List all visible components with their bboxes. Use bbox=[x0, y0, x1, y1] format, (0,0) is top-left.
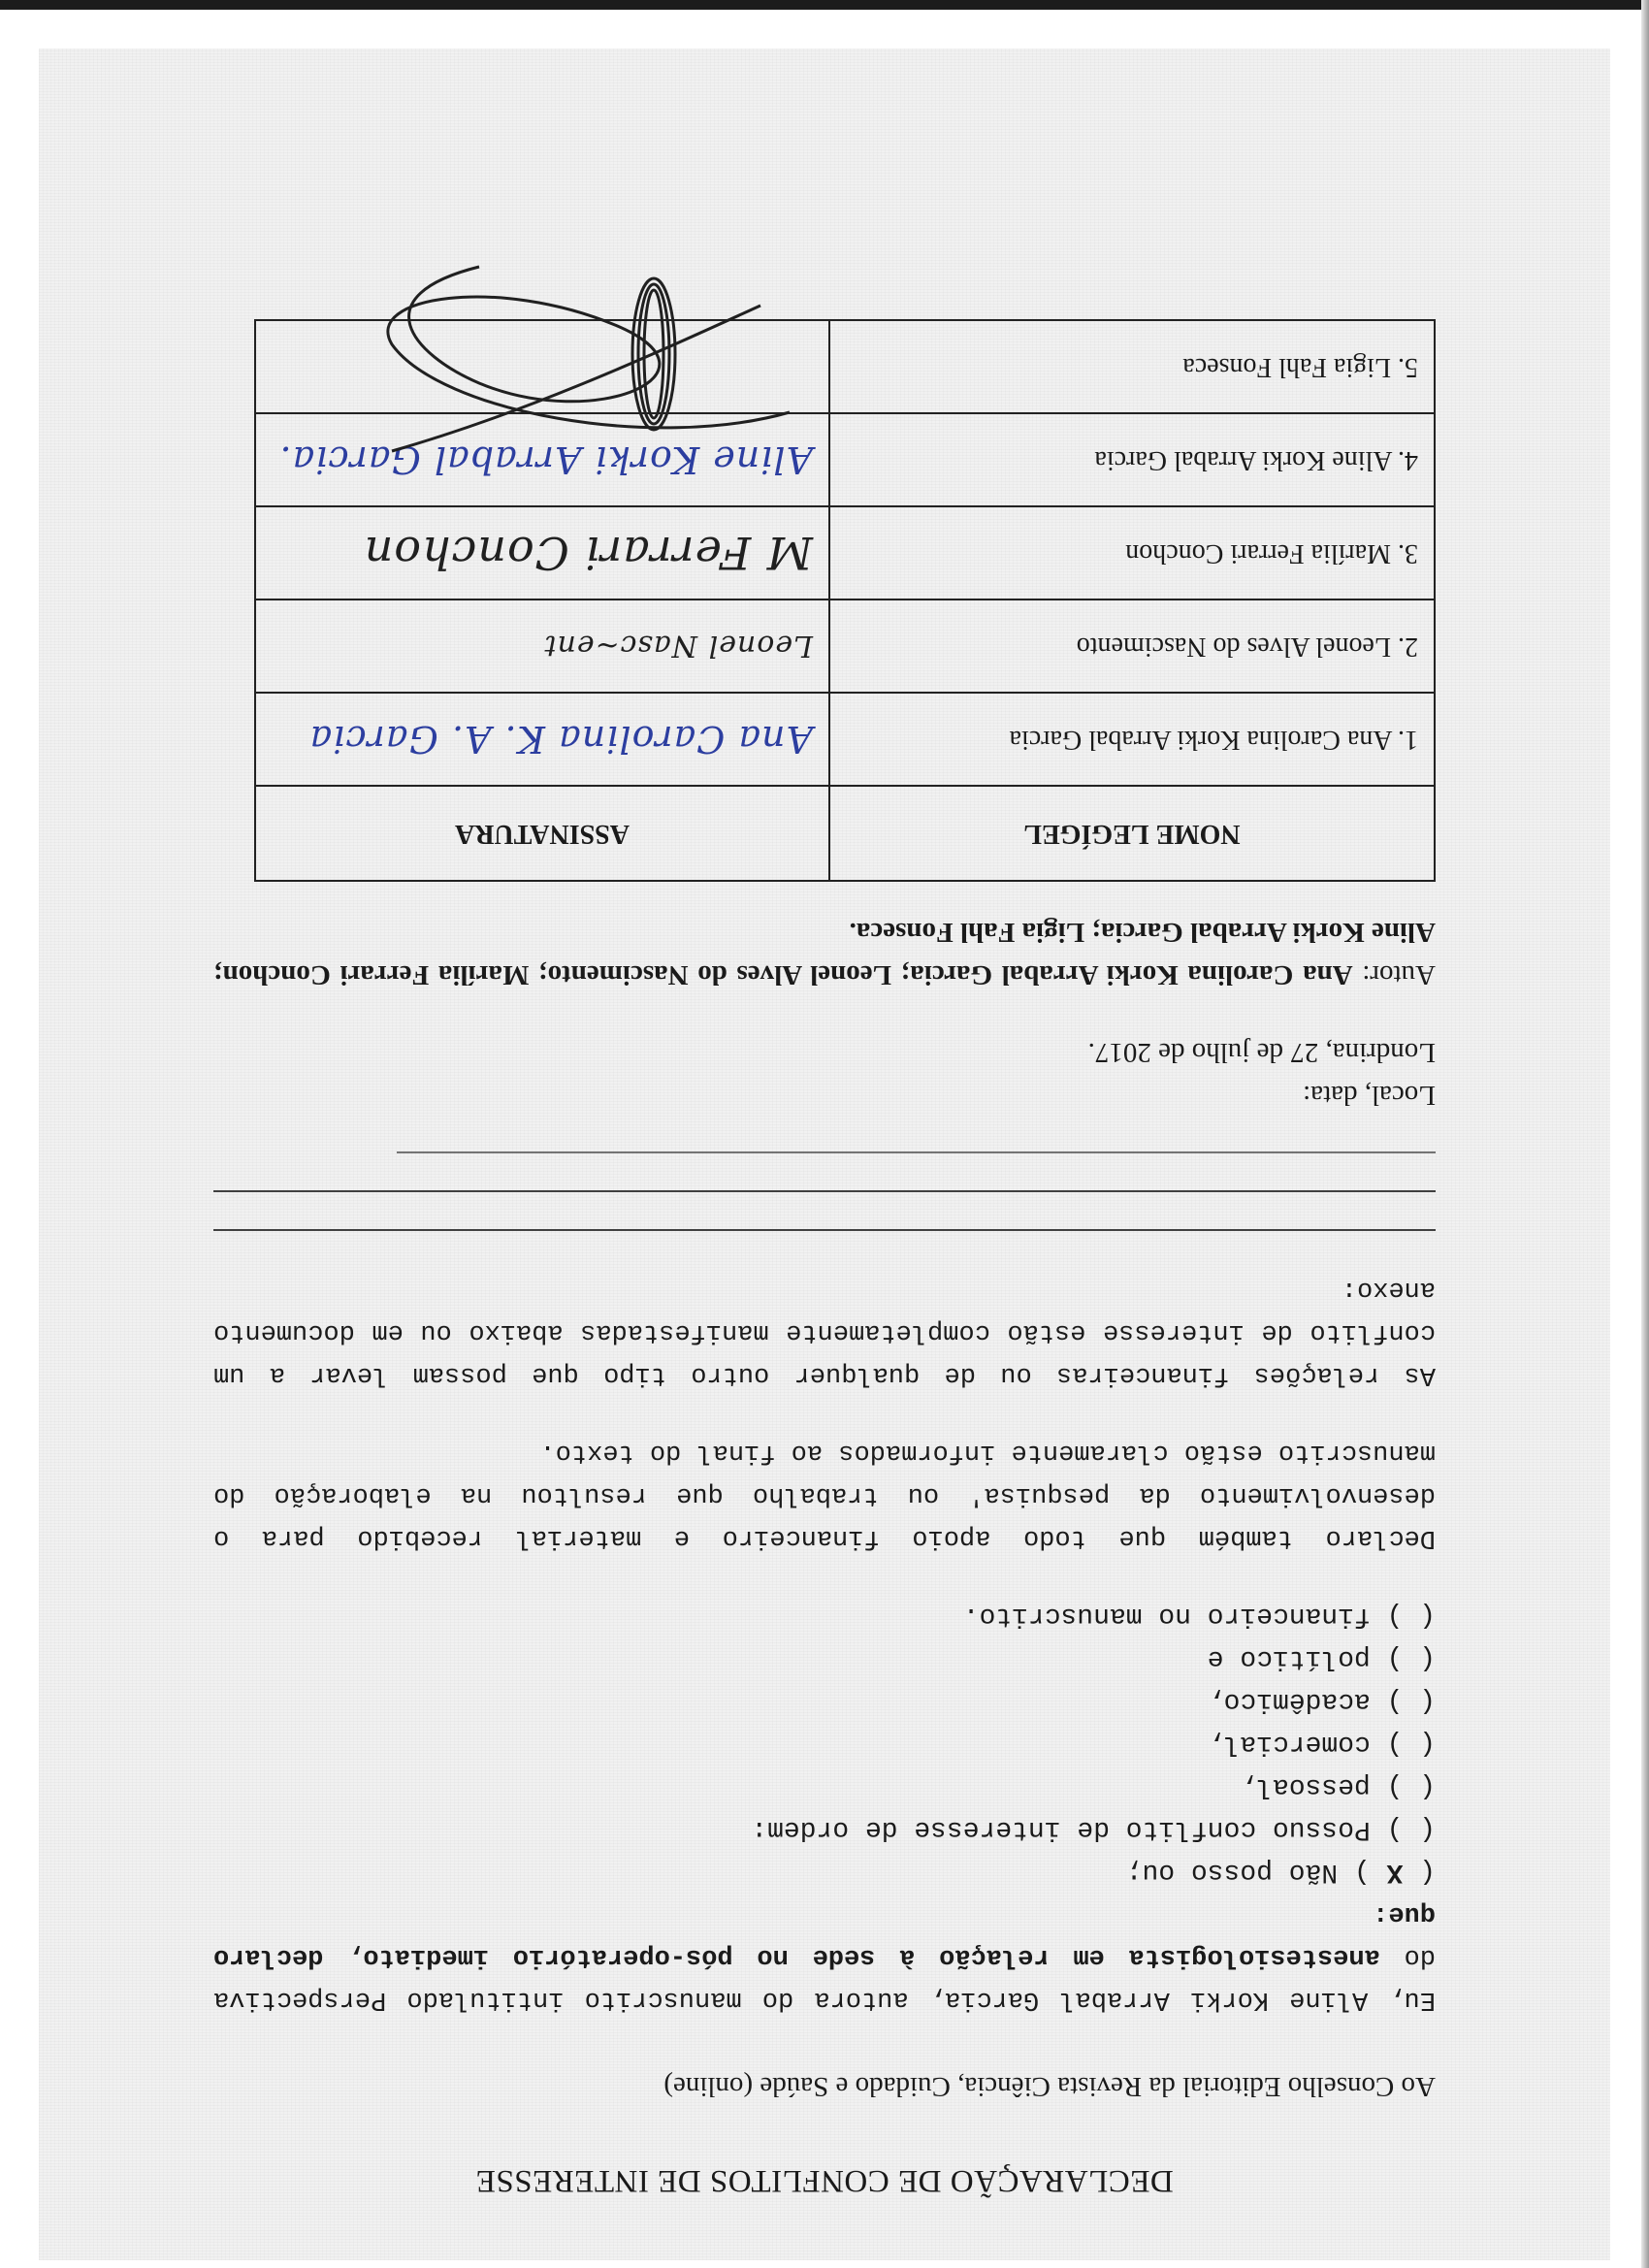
signature-cell[interactable] bbox=[255, 320, 829, 413]
option-label: pessoal, bbox=[1240, 1771, 1370, 1801]
relations-paragraph: As relações financeiras ou de qualquer o… bbox=[213, 1268, 1436, 1396]
author-name: 4. Aline Korki Arrabal Garcia bbox=[829, 413, 1435, 506]
blank-line-3[interactable] bbox=[397, 1151, 1436, 1153]
handwritten-signature: Ana Carolina K. A. Garcia bbox=[309, 718, 813, 761]
table-row: 5. Ligia Fahl Fonseca bbox=[255, 320, 1435, 413]
author-name: 2. Leonel Alves do Nascimento bbox=[829, 599, 1435, 693]
option-label: Possuo conflito de interesse de ordem: bbox=[751, 1814, 1371, 1844]
authors-line: Autor: Ana Carolina Korki Arrabal Garcia… bbox=[213, 911, 1436, 996]
header-name: NOME LEGÍGEL bbox=[829, 786, 1435, 881]
author-name: 3. Marília Ferrari Conchon bbox=[829, 506, 1435, 599]
author-name: 1. Ana Carolina Korki Arrabal Garcia bbox=[829, 693, 1435, 786]
sub-option-academico[interactable]: ( ) acadêmico, bbox=[213, 1679, 1436, 1722]
option-label: político e bbox=[1208, 1643, 1371, 1673]
scribble-signature-icon bbox=[343, 257, 848, 470]
place-date-label: Local, data: bbox=[213, 1074, 1436, 1117]
signature-table: NOME LEGÍGEL ASSINATURA 1. Ana Carolina … bbox=[254, 319, 1436, 882]
document-page-rotated: DECLARAÇÃO DE CONFLITOS DE INTERESSE Ao … bbox=[39, 49, 1610, 2260]
sub-option-financeiro[interactable]: ( ) financeiro no manuscrito. bbox=[213, 1594, 1436, 1636]
option-has-conflict[interactable]: ( ) Possuo conflito de interesse de orde… bbox=[213, 1807, 1436, 1850]
sub-option-pessoal[interactable]: ( ) pessoal, bbox=[213, 1765, 1436, 1807]
document-body: DECLARAÇÃO DE CONFLITOS DE INTERESSE Ao … bbox=[213, 319, 1436, 2198]
sub-option-politico[interactable]: ( ) político e bbox=[213, 1636, 1436, 1679]
addressee: Ao Conselho Editorial da Revista Ciência… bbox=[213, 2065, 1436, 2108]
scanner-edge-right bbox=[1641, 0, 1649, 2268]
option-label: Não posso ou; bbox=[1126, 1857, 1338, 1887]
author-name: 5. Ligia Fahl Fonseca bbox=[829, 320, 1435, 413]
handwritten-signature: M Ferrari Conchon bbox=[364, 527, 813, 579]
checkbox-mark[interactable]: X bbox=[1387, 1857, 1404, 1887]
blank-line-1[interactable] bbox=[213, 1229, 1436, 1231]
sub-option-comercial[interactable]: ( ) comercial, bbox=[213, 1722, 1436, 1765]
signature-cell[interactable]: Ana Carolina K. A. Garcia bbox=[255, 693, 829, 786]
option-no-conflict[interactable]: ( X ) Não posso ou; bbox=[213, 1850, 1436, 1893]
table-row: 1. Ana Carolina Korki Arrabal Garcia Ana… bbox=[255, 693, 1435, 786]
option-label: acadêmico, bbox=[1208, 1686, 1371, 1716]
table-row: 2. Leonel Alves do Nascimento Leonel Nas… bbox=[255, 599, 1435, 693]
document-title: DECLARAÇÃO DE CONFLITOS DE INTERESSE bbox=[213, 2162, 1436, 2198]
option-label: financeiro no manuscrito. bbox=[963, 1601, 1371, 1631]
funding-paragraph: Declaro também que todo apoio financeiro… bbox=[213, 1431, 1436, 1559]
table-header-row: NOME LEGÍGEL ASSINATURA bbox=[255, 786, 1435, 881]
signature-cell[interactable]: M Ferrari Conchon bbox=[255, 506, 829, 599]
scanner-edge-top bbox=[0, 0, 1649, 10]
blank-line-2[interactable] bbox=[213, 1190, 1436, 1192]
option-label: comercial, bbox=[1208, 1729, 1371, 1759]
signature-cell[interactable]: Leonel Nasc~ent bbox=[255, 599, 829, 693]
authors-label: Autor: bbox=[1362, 959, 1436, 990]
header-signature: ASSINATURA bbox=[255, 786, 829, 881]
intro-bold: anestesiologista em relação à sede no pó… bbox=[213, 1899, 1436, 1971]
place-date-value: Londrina, 27 de julho de 2017. bbox=[213, 1031, 1436, 1074]
authors-value: Ana Carolina Korki Arrabal Garcia; Leone… bbox=[213, 917, 1436, 990]
intro-statement: Eu, Aline Korki Arrabal Garcia, autora d… bbox=[213, 1893, 1436, 2021]
handwritten-signature: Leonel Nasc~ent bbox=[543, 630, 813, 664]
table-row: 3. Marília Ferrari Conchon M Ferrari Con… bbox=[255, 506, 1435, 599]
